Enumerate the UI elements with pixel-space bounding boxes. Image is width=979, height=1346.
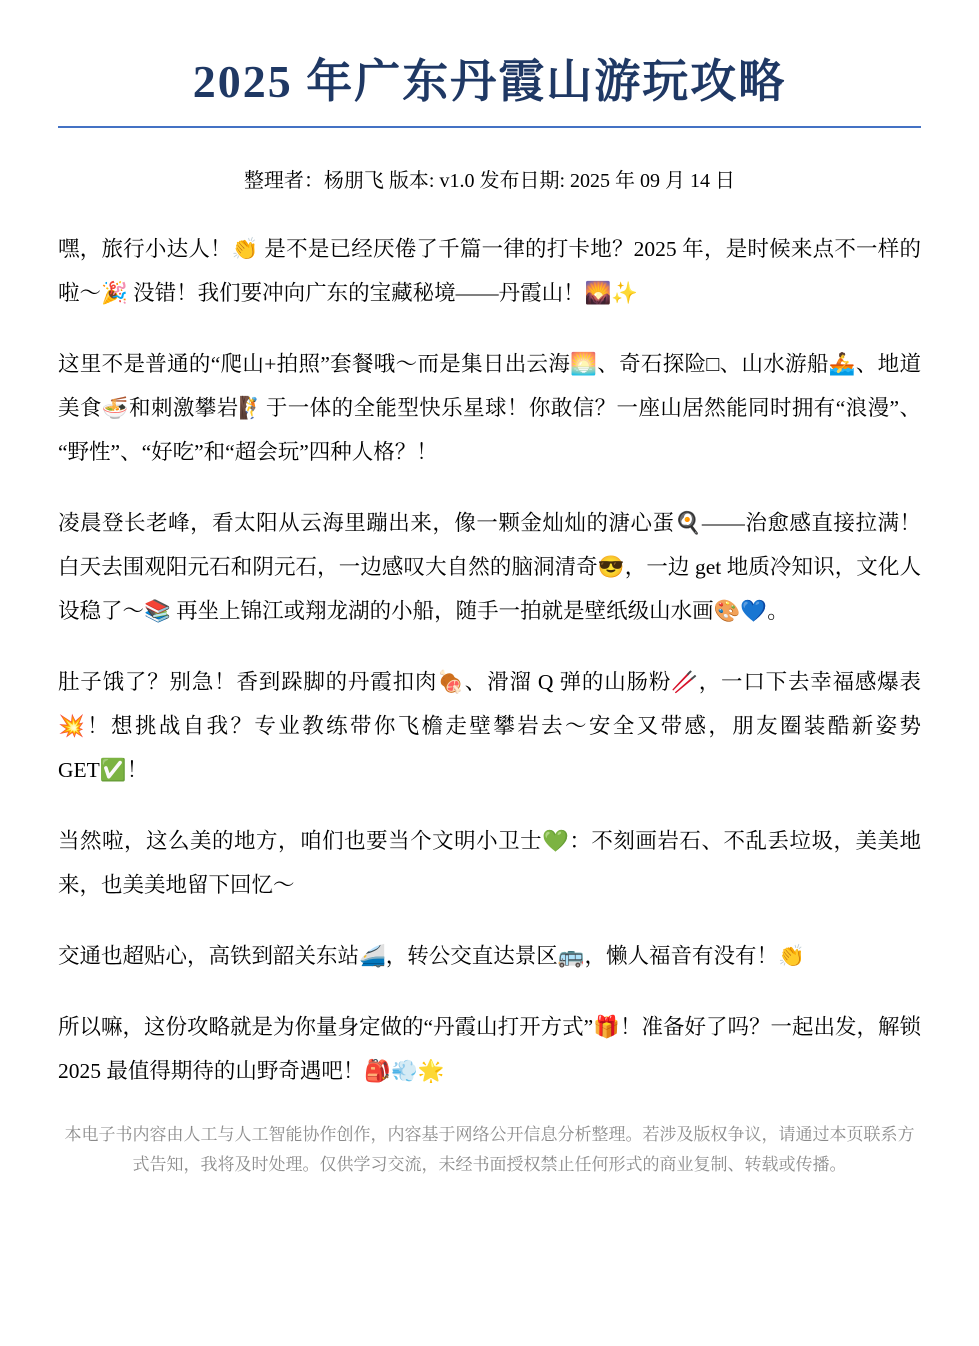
- title-divider: [58, 126, 921, 128]
- paragraph-greeting: 嘿，旅行小达人！👏 是不是已经厌倦了千篇一律的打卡地？2025 年，是时候来点不…: [58, 227, 921, 315]
- meta-date: 发布日期: 2025 年 09 月 14 日: [480, 170, 736, 192]
- paragraph-transport: 交通也超贴心，高铁到韶关东站🚄，转公交直达景区🚌，懒人福音有没有！👏: [58, 934, 921, 978]
- document-page: 2025 年广东丹霞山游玩攻略 整理者：杨朋飞 版本: v1.0 发布日期: 2…: [0, 0, 979, 1346]
- paragraph-sunrise-geology: 凌晨登长老峰，看太阳从云海里蹦出来，像一颗金灿灿的溏心蛋🍳——治愈感直接拉满！白…: [58, 501, 921, 633]
- paragraph-features: 这里不是普通的“爬山+拍照”套餐哦～而是集日出云海🌅、奇石探险□、山水游船🚣、地…: [58, 342, 921, 474]
- meta-version: 版本: v1.0: [389, 170, 475, 192]
- document-body: 嘿，旅行小达人！👏 是不是已经厌倦了千篇一律的打卡地？2025 年，是时候来点不…: [58, 227, 921, 1093]
- paragraph-food-climbing: 肚子饿了？别急！香到跺脚的丹霞扣肉🍖、滑溜 Q 弹的山肠粉🥢，一口下去幸福感爆表…: [58, 660, 921, 792]
- doc-meta-line: 整理者：杨朋飞 版本: v1.0 发布日期: 2025 年 09 月 14 日: [58, 164, 921, 193]
- paragraph-civilized-visitor: 当然啦，这么美的地方，咱们也要当个文明小卫士💚：不刻画岩石、不乱丢垃圾，美美地来…: [58, 819, 921, 907]
- disclaimer-text: 本电子书内容由人工与人工智能协作创作，内容基于网络公开信息分析整理。若涉及版权争…: [58, 1120, 921, 1180]
- document-header: 2025 年广东丹霞山游玩攻略 整理者：杨朋飞 版本: v1.0 发布日期: 2…: [58, 52, 921, 193]
- paragraph-closing: 所以嘛，这份攻略就是为你量身定做的“丹霞山打开方式”🎁！准备好了吗？一起出发，解…: [58, 1005, 921, 1093]
- document-footer: 本电子书内容由人工与人工智能协作创作，内容基于网络公开信息分析整理。若涉及版权争…: [58, 1120, 921, 1180]
- meta-compiler: 整理者：杨朋飞: [244, 170, 384, 192]
- page-title: 2025 年广东丹霞山游玩攻略: [58, 52, 921, 112]
